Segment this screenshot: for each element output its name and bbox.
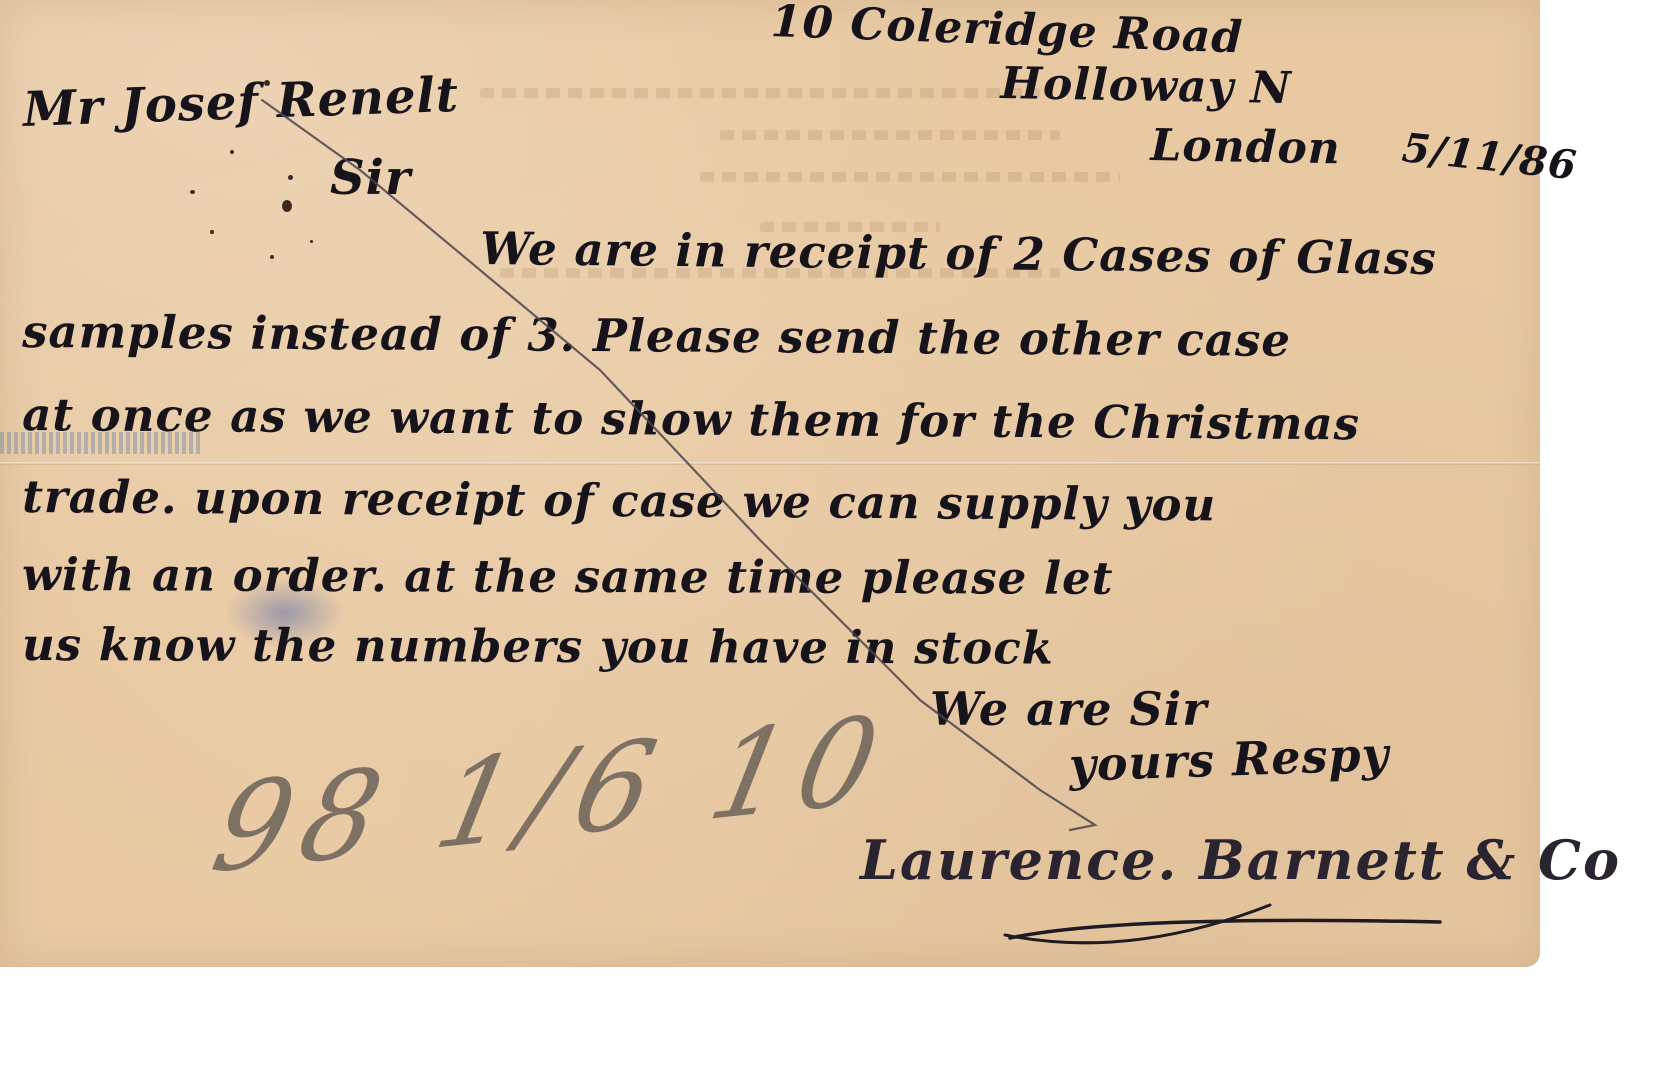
pencil-strike-line (0, 0, 1540, 967)
postcard: 10 Coleridge Road Holloway N London 5/11… (0, 0, 1540, 967)
